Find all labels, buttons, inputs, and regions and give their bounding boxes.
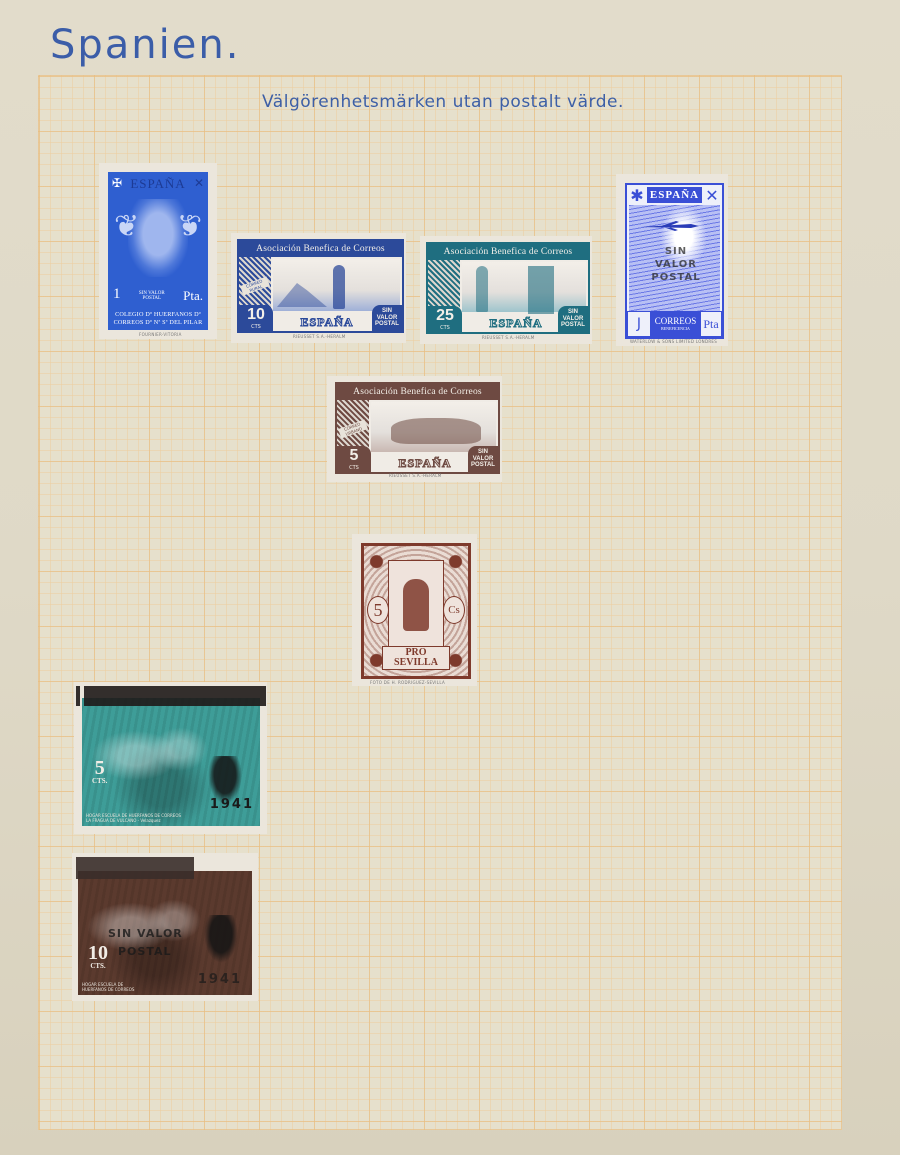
stamp-value: 25 <box>436 307 454 325</box>
stamp-design: ✠ ESPAÑA ✕ ❦ ❦ 1 SIN VALOR POSTAL Pta. C… <box>108 172 208 330</box>
stamp-10-cts-asociacion[interactable]: Asociación Benefica de Correos CORREO RU… <box>231 233 406 343</box>
overprint-line-2: POSTAL <box>143 296 162 301</box>
stamp-value-block: 10 CTS. <box>88 943 108 970</box>
stamp-scene <box>273 259 400 311</box>
stamp-scene <box>371 402 496 452</box>
printer-imprint: RIEUSSET S.A.-HERALM <box>389 473 442 478</box>
overprint-black-bar <box>84 686 266 706</box>
stamp-aereo-beneficencia[interactable]: ✱ ESPAÑA ✕ SIN VALOR POSTAL J CORREOSBEN… <box>616 174 728 346</box>
overprint-black-bar <box>76 857 194 879</box>
stamp-banner: Asociación Benefica de Correos <box>337 384 498 400</box>
overprint-sin-valor-postal: SIN VALOR POSTAL <box>641 245 711 284</box>
airplane-icon <box>641 221 701 231</box>
stamp-design: Asociación Benefica de Correos CORREO UR… <box>335 382 500 474</box>
stamp-scene <box>462 262 586 312</box>
stamp-banner: Asociación Benefica de Correos <box>239 241 402 257</box>
printer-imprint: WATERLOW & SONS LIMITED LONDRES <box>630 339 717 344</box>
stamp-unit: Pta. <box>183 289 203 302</box>
ornament-panel: CORREO RURAL <box>239 257 271 312</box>
stamp-value: 10 <box>247 306 265 324</box>
saint-statue-figure <box>476 266 488 312</box>
stamp-value-block: 5 CTS. <box>92 758 107 785</box>
stamp-country: ESPAÑA <box>468 316 564 330</box>
overprint-sin-valor-postal: SIN VALOR POSTAL <box>108 925 183 960</box>
stamp-pieta-image: ❦ ❦ <box>128 199 188 277</box>
inscription-line-2: CORREOS Dº Nª Sª DEL PILAR <box>114 319 203 326</box>
stamp-caption: HOGAR ESCUELA DE HUERFANOS DE CORREOS LA… <box>86 814 181 823</box>
stamp-caption: HOGAR ESCUELA DE HUERFANOS DE CORREOS <box>82 983 134 992</box>
overprint-year: 1941 <box>210 797 254 812</box>
stamp-unit: Pta <box>700 311 722 337</box>
stamp-value: J <box>627 311 651 337</box>
stamp-unit: CTS <box>349 465 359 471</box>
sin-valor-label: SINVALORPOSTAL <box>372 305 402 331</box>
stamp-1-pta[interactable]: ✠ ESPAÑA ✕ ❦ ❦ 1 SIN VALOR POSTAL Pta. C… <box>99 163 217 339</box>
building-figure <box>528 266 554 314</box>
stamp-scene <box>388 560 444 648</box>
stamp-country: ESPAÑA <box>130 177 185 190</box>
stamp-unit: CTS <box>440 325 450 331</box>
horse-carriage-figure <box>391 418 481 444</box>
stamp-country: ESPAÑA <box>647 187 702 203</box>
saltire-cross-icon: ✕ <box>702 185 722 205</box>
page-subtitle: Välgörenhetsmärken utan postalt värde. <box>262 92 624 112</box>
pro-sevilla-label: PRO SEVILLA <box>382 646 450 670</box>
stamp-5-cts-asociacion[interactable]: Asociación Benefica de Correos CORREO UR… <box>327 376 502 482</box>
eagle-overprint-icon <box>204 915 238 963</box>
stamp-value: 5 <box>350 447 359 465</box>
sin-valor-label: SINVALORPOSTAL <box>468 446 498 472</box>
stamp-value: 5 <box>367 596 389 624</box>
laurel-right-icon: ❦ <box>177 209 202 244</box>
stamp-banner: Asociación Benefica de Correos <box>428 244 588 260</box>
stamp-unit: Cs <box>443 596 465 624</box>
stamp-pro-sevilla[interactable]: 5 Cs PRO SEVILLA FOTO DE H. RODRIGUEZ-SE… <box>352 534 477 686</box>
album-page: Spanien. Välgörenhetsmärken utan postalt… <box>0 0 900 1155</box>
panel-label: CORREO URBANO <box>338 420 368 439</box>
sin-valor-label: SINVALORPOSTAL <box>558 306 588 332</box>
x-cross-icon: ✕ <box>194 176 204 190</box>
mountain-shape <box>277 283 327 307</box>
enthroned-king-figure <box>403 579 429 631</box>
overprint-line-1: SIN VALOR <box>139 291 165 296</box>
printer-imprint: RIEUSSET S.A.-HERALM <box>293 334 346 339</box>
postman-figure <box>333 265 345 309</box>
stamp-country: ESPAÑA <box>377 456 473 470</box>
stamp-design: ✱ ESPAÑA ✕ SIN VALOR POSTAL J CORREOSBEN… <box>625 183 724 339</box>
stamp-design: 5 Cs PRO SEVILLA <box>361 543 471 679</box>
stamp-unit: CTS <box>251 324 261 330</box>
stamp-10-cts-1941[interactable]: 10 CTS. SIN VALOR POSTAL 1941 HOGAR ESCU… <box>72 853 258 1001</box>
stamp-footer-sub: BENEFICENCIA <box>661 327 690 331</box>
stamp-5-cts-1941[interactable]: 5 CTS. 1941 HOGAR ESCUELA DE HUERFANOS D… <box>74 682 267 834</box>
stamp-country: ESPAÑA <box>279 315 375 329</box>
laurel-left-icon: ❦ <box>114 209 139 244</box>
printer-imprint: RIEUSSET S.A.-HERALM <box>482 335 535 340</box>
printer-imprint: FOTO DE H. RODRIGUEZ-SEVILLA <box>370 680 445 685</box>
yoke-arrows-icon: ✱ <box>627 185 647 205</box>
inscription-line-1: COLEGIO Dº HUERFANOS Dº <box>114 311 203 318</box>
stamp-design: Asociación Benefica de Correos CORREO RU… <box>237 239 404 333</box>
panel-label: CORREO RURAL <box>240 277 270 296</box>
overprint-year: 1941 <box>198 972 242 987</box>
printer-imprint: FOURNIER-VITORIA <box>139 332 182 337</box>
cross-icon: ✠ <box>112 176 122 190</box>
stamp-design: 5 CTS. 1941 HOGAR ESCUELA DE HUERFANOS D… <box>82 698 260 826</box>
stamp-value: 1 <box>113 287 121 302</box>
page-title: Spanien. <box>50 22 240 68</box>
stamp-design: 10 CTS. SIN VALOR POSTAL 1941 HOGAR ESCU… <box>78 871 252 995</box>
stamp-25-cts-asociacion[interactable]: Asociación Benefica de Correos 25CTS ESP… <box>420 236 592 344</box>
overprint-black-bar-stub <box>76 686 80 706</box>
stamp-design: Asociación Benefica de Correos 25CTS ESP… <box>426 242 590 334</box>
